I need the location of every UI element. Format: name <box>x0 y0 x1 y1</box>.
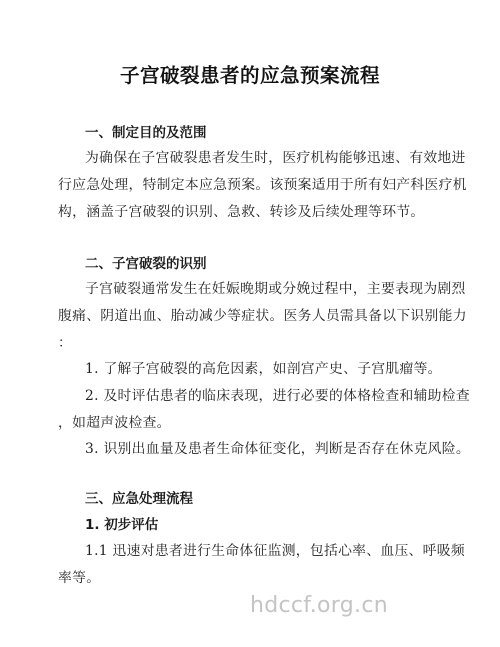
paragraph-line: 构，涵盖子宫破裂的识别、急救、转诊及后续处理等环节。 <box>58 200 425 220</box>
watermark: hdccf.org.cn <box>250 593 388 618</box>
list-item-2-continuation: ，如超声波检查。 <box>58 411 171 431</box>
subheading-initial-assessment: 1. 初步评估 <box>85 513 158 533</box>
paragraph-line: 行应急处理，特制定本应急预案。该预案适用于所有妇产科医疗机 <box>58 173 467 193</box>
list-item-1: 1. 了解子宫破裂的高危因素，如剖宫产史、子宫肌瘤等。 <box>85 357 442 377</box>
section-heading-purpose: 一、制定目的及范围 <box>85 121 207 141</box>
paragraph-line: 腹痛、阴道出血、胎动减少等症状。医务人员需具备以下识别能力 <box>58 304 467 324</box>
list-item-3: 3. 识别出血量及患者生命体征变化，判断是否存在休克风险。 <box>85 437 470 457</box>
document-title: 子宫破裂患者的应急预案流程 <box>0 60 500 88</box>
section-heading-identification: 二、子宫破裂的识别 <box>85 252 207 272</box>
section-heading-emergency-process: 三、应急处理流程 <box>85 487 193 507</box>
paragraph-line: 为确保在子宫破裂患者发生时，医疗机构能够迅速、有效地进 <box>85 146 466 166</box>
list-item-2: 2. 及时评估患者的临床表现，进行必要的体格检查和辅助检查 <box>85 384 470 404</box>
paragraph-line: 1.1 迅速对患者进行生命体征监测，包括心率、血压、呼吸频 <box>85 539 465 559</box>
paragraph-line: 率等。 <box>58 566 100 586</box>
paragraph-line: 子宫破裂通常发生在妊娠晚期或分娩过程中，主要表现为剧烈 <box>85 277 466 297</box>
paragraph-line: ： <box>58 331 72 351</box>
